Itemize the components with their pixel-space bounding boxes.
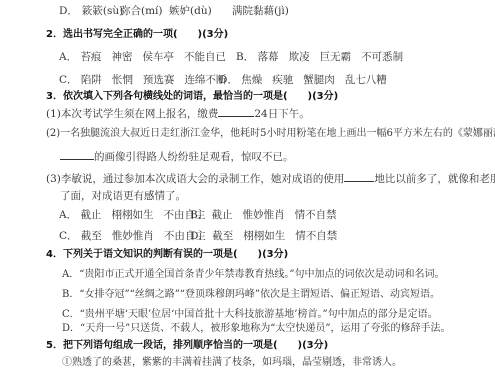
q3-sentence-2: (2)一名独腿流浪大叔近日走红浙江金华，他耗时5小时用粉笔在地上画出一幅6平方米…	[46, 127, 495, 141]
word: 神密	[111, 51, 132, 63]
q2-option-c: C． 陷阱 怅惘 预选赛 连绵不断	[59, 73, 226, 87]
word: 蟹腿肉	[303, 74, 335, 86]
q1-option-d-item-3: 嫉妒(dù)	[169, 4, 212, 18]
q5-stem: 5．把下列语句组成一段话，排列顺序恰当的一项是( )(3分)	[46, 339, 328, 353]
word: 预选赛	[143, 74, 175, 86]
sentence-text: 了面，对成语更有感情了。	[60, 190, 186, 202]
q4-option-b: B．“女排夺冠”“丝绸之路”“登顶珠穆朗玛峰”依次是主谓短语、偏正短语、动宾短语…	[62, 288, 440, 302]
word: 栩栩如生	[111, 209, 153, 221]
q2-option-a: A． 苔痕 神密 侯车亭 不能自已	[59, 50, 226, 64]
word: 欺凌	[289, 51, 310, 63]
option-label: A．	[59, 51, 77, 63]
word: 疾驰	[272, 74, 293, 86]
option-label: D．	[62, 323, 80, 334]
q3-sentence-3: (3)李敏说，通过参加本次成语大会的录制工作，她对成语的使用地比以前多了，就像和…	[46, 171, 495, 186]
q3-option-b: B． 截止 惟妙惟肖 情不自禁	[190, 208, 337, 222]
fill-blank	[218, 106, 254, 117]
q2-stem: 2．选出书写完全正确的一项( )(3分)	[46, 28, 228, 42]
word: 截止	[212, 209, 233, 221]
sentence-text: (2)一名独腿流浪大叔近日走红浙江金华，他耗时5小时用粉笔在地上画出一幅6平方米…	[46, 128, 495, 139]
fill-blank	[60, 149, 94, 160]
q3-sentence-3-cont: 了面，对成语更有感情了。	[60, 189, 186, 203]
option-label: C．	[59, 230, 78, 242]
sentence-text: 地比以前多了，就像和老朋友见	[374, 173, 495, 185]
q2-option-b: B． 落幕 欺凌 巨无霸 不可悉制	[236, 50, 403, 64]
option-text: “女排夺冠”“丝绸之路”“登顶珠穆朗玛峰”依次是主谓短语、偏正短语、动宾短语。	[79, 289, 440, 300]
option-label: B．	[236, 51, 254, 63]
word: 情不自禁	[295, 209, 337, 221]
q3-stem: 3．依次填入下列各句横线处的词语，最恰当的一项是( )(3分)	[46, 90, 338, 104]
option-label: B．	[62, 289, 79, 300]
word: 落幕	[258, 51, 279, 63]
pinyin-item: 满院黏藉(jì)	[232, 5, 289, 17]
option-text: “贵阳市正式开通全国首条青少年禁毒教育热线。”句中加点的词依次是动词和名词。	[79, 269, 444, 280]
q1-option-d-item-4: 满院黏藉(jì)	[232, 4, 289, 18]
word: 截止	[80, 209, 101, 221]
pinyin-item: 嫉妒(dù)	[169, 5, 212, 17]
word: 情不自禁	[295, 230, 337, 242]
option-label: D．	[219, 74, 238, 86]
sentence-text: 的画像引得路人纷纷驻足观看，惊叹不已。	[94, 151, 294, 163]
word: 巨无霸	[320, 51, 352, 63]
q3-sentence-2-cont: 的画像引得路人纷纷驻足观看，惊叹不已。	[60, 149, 294, 164]
q4-stem: 4．下列关于语文知识的判断有误的一项是( )(3分)	[46, 248, 288, 262]
option-label: D．	[190, 230, 209, 242]
word: 乱七八糟	[345, 74, 387, 86]
word: 惟妙惟肖	[112, 230, 154, 242]
sentence-text: 24日下午。	[254, 108, 309, 120]
sentence-text: (1)本次考试学生须在网上报名，缴费	[46, 108, 218, 120]
q3-option-c: C． 截至 惟妙惟肖 不由自主	[59, 229, 206, 243]
word: 栩栩如生	[243, 230, 285, 242]
word: 怅惘	[112, 74, 133, 86]
q3-sentence-1: (1)本次考试学生须在网上报名，缴费24日下午。	[46, 106, 310, 121]
q1-option-d: D．簌簌(sù)	[59, 4, 123, 18]
q4-option-c: C．“贵州平塘‘天眼’位居‘中国首批十大科技旅游基地’榜首。”句中加点的部分是定…	[62, 308, 438, 322]
option-label: B．	[190, 209, 208, 221]
word: 不可悉制	[361, 51, 403, 63]
option-text: “贵州平塘‘天眼’位居‘中国首批十大科技旅游基地’榜首。”句中加点的部分是定语。	[80, 309, 438, 320]
q3-option-d: D． 截至 栩栩如生 情不自禁	[190, 229, 337, 243]
word: 焦燥	[241, 74, 262, 86]
q5-sentence-1: ①熟透了的桑葚，紫紫的丰满着挂满了枝条，如玛瑙，晶莹剔透，非常诱人。	[62, 356, 402, 370]
option-label: A．	[59, 209, 77, 221]
q1-option-d-item-2: 弥合(mí)	[120, 4, 163, 18]
word: 侯车亭	[142, 51, 174, 63]
q4-option-a: A．“贵阳市正式开通全国首条青少年禁毒教育热线。”句中加点的词依次是动词和名词。	[62, 268, 444, 282]
pinyin-item: 簌簌(sù)	[82, 5, 123, 17]
sentence-text: ①熟透了的桑葚，紫紫的丰满着挂满了枝条，如玛瑙，晶莹剔透，非常诱人。	[62, 357, 402, 368]
word: 惟妙惟肖	[243, 209, 285, 221]
option-label: C．	[59, 74, 78, 86]
option-label: D．	[59, 5, 78, 17]
q4-option-d: D．“天舟一号”只送货、不载人，被形象地称为“太空快递员”，运用了夸张的修辞手法…	[62, 322, 450, 336]
word: 陷阱	[81, 74, 102, 86]
word: 不能自已	[184, 51, 226, 63]
q3-option-a: A． 截止 栩栩如生 不由自主	[59, 208, 205, 222]
option-text: “天舟一号”只送货、不载人，被形象地称为“太空快递员”，运用了夸张的修辞手法。	[80, 323, 450, 334]
pinyin-item: 弥合(mí)	[120, 5, 163, 17]
sentence-text: (3)李敏说，通过参加本次成语大会的录制工作，她对成语的使用	[46, 173, 344, 185]
option-label: C．	[62, 309, 80, 320]
q2-option-d: D． 焦燥 疾驰 蟹腿肉 乱七八糟	[219, 73, 387, 87]
word: 截至	[81, 230, 102, 242]
fill-blank	[344, 171, 374, 182]
word: 截至	[212, 230, 233, 242]
word: 苔痕	[80, 51, 101, 63]
option-label: A．	[62, 269, 79, 280]
